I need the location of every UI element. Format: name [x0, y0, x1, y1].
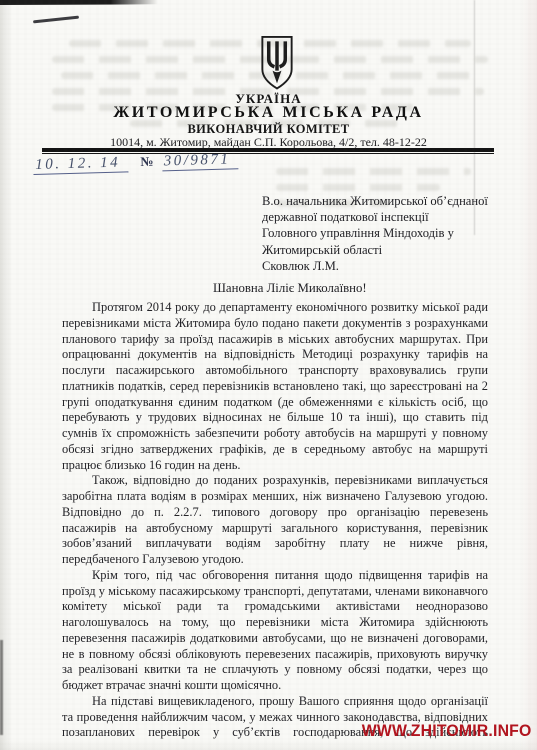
scan-edge-artifact-left [0, 640, 3, 735]
handwritten-date: 10. 12. 14 [33, 154, 128, 175]
pen-mark [33, 16, 79, 24]
recipient-line: Житомирській області [262, 242, 502, 258]
letter-body: Протягом 2014 року до департаменту еконо… [62, 300, 488, 741]
paragraph: Також, відповідно до поданих розрахунків… [62, 473, 488, 568]
reference-line: 10. 12. 14 № 30/9871 [33, 151, 239, 174]
recipient-line: Сковлюк Л.М. [262, 258, 502, 274]
number-sign: № [140, 154, 153, 169]
recipient-line: Головного управління Міндоходів у [262, 225, 502, 241]
recipient-block: В.о. начальника Житомирської об’єднаноїд… [262, 193, 502, 274]
salutation: Шановна Ліліє Миколаївно! [213, 281, 367, 296]
letterhead-organization: ЖИТОМИРСЬКА МІСЬКА РАДА [0, 104, 537, 122]
scanned-letter-page: УКРАЇНА ЖИТОМИРСЬКА МІСЬКА РАДА ВИКОНАВЧ… [0, 0, 537, 750]
site-watermark: WWW.ZHITOMIR.INFO [361, 721, 531, 741]
paragraph: Крім того, під час обговорення питання щ… [62, 568, 488, 694]
scan-edge-artifact-top [0, 0, 158, 5]
handwritten-number: 30/9871 [162, 151, 239, 171]
letterhead-divider [42, 148, 494, 154]
paragraph: Протягом 2014 року до департаменту еконо… [62, 300, 488, 473]
ukraine-trident-emblem-icon [257, 35, 297, 91]
recipient-line: державної податкової інспекції [262, 209, 502, 225]
recipient-line: В.о. начальника Житомирської об’єднаної [262, 193, 502, 209]
